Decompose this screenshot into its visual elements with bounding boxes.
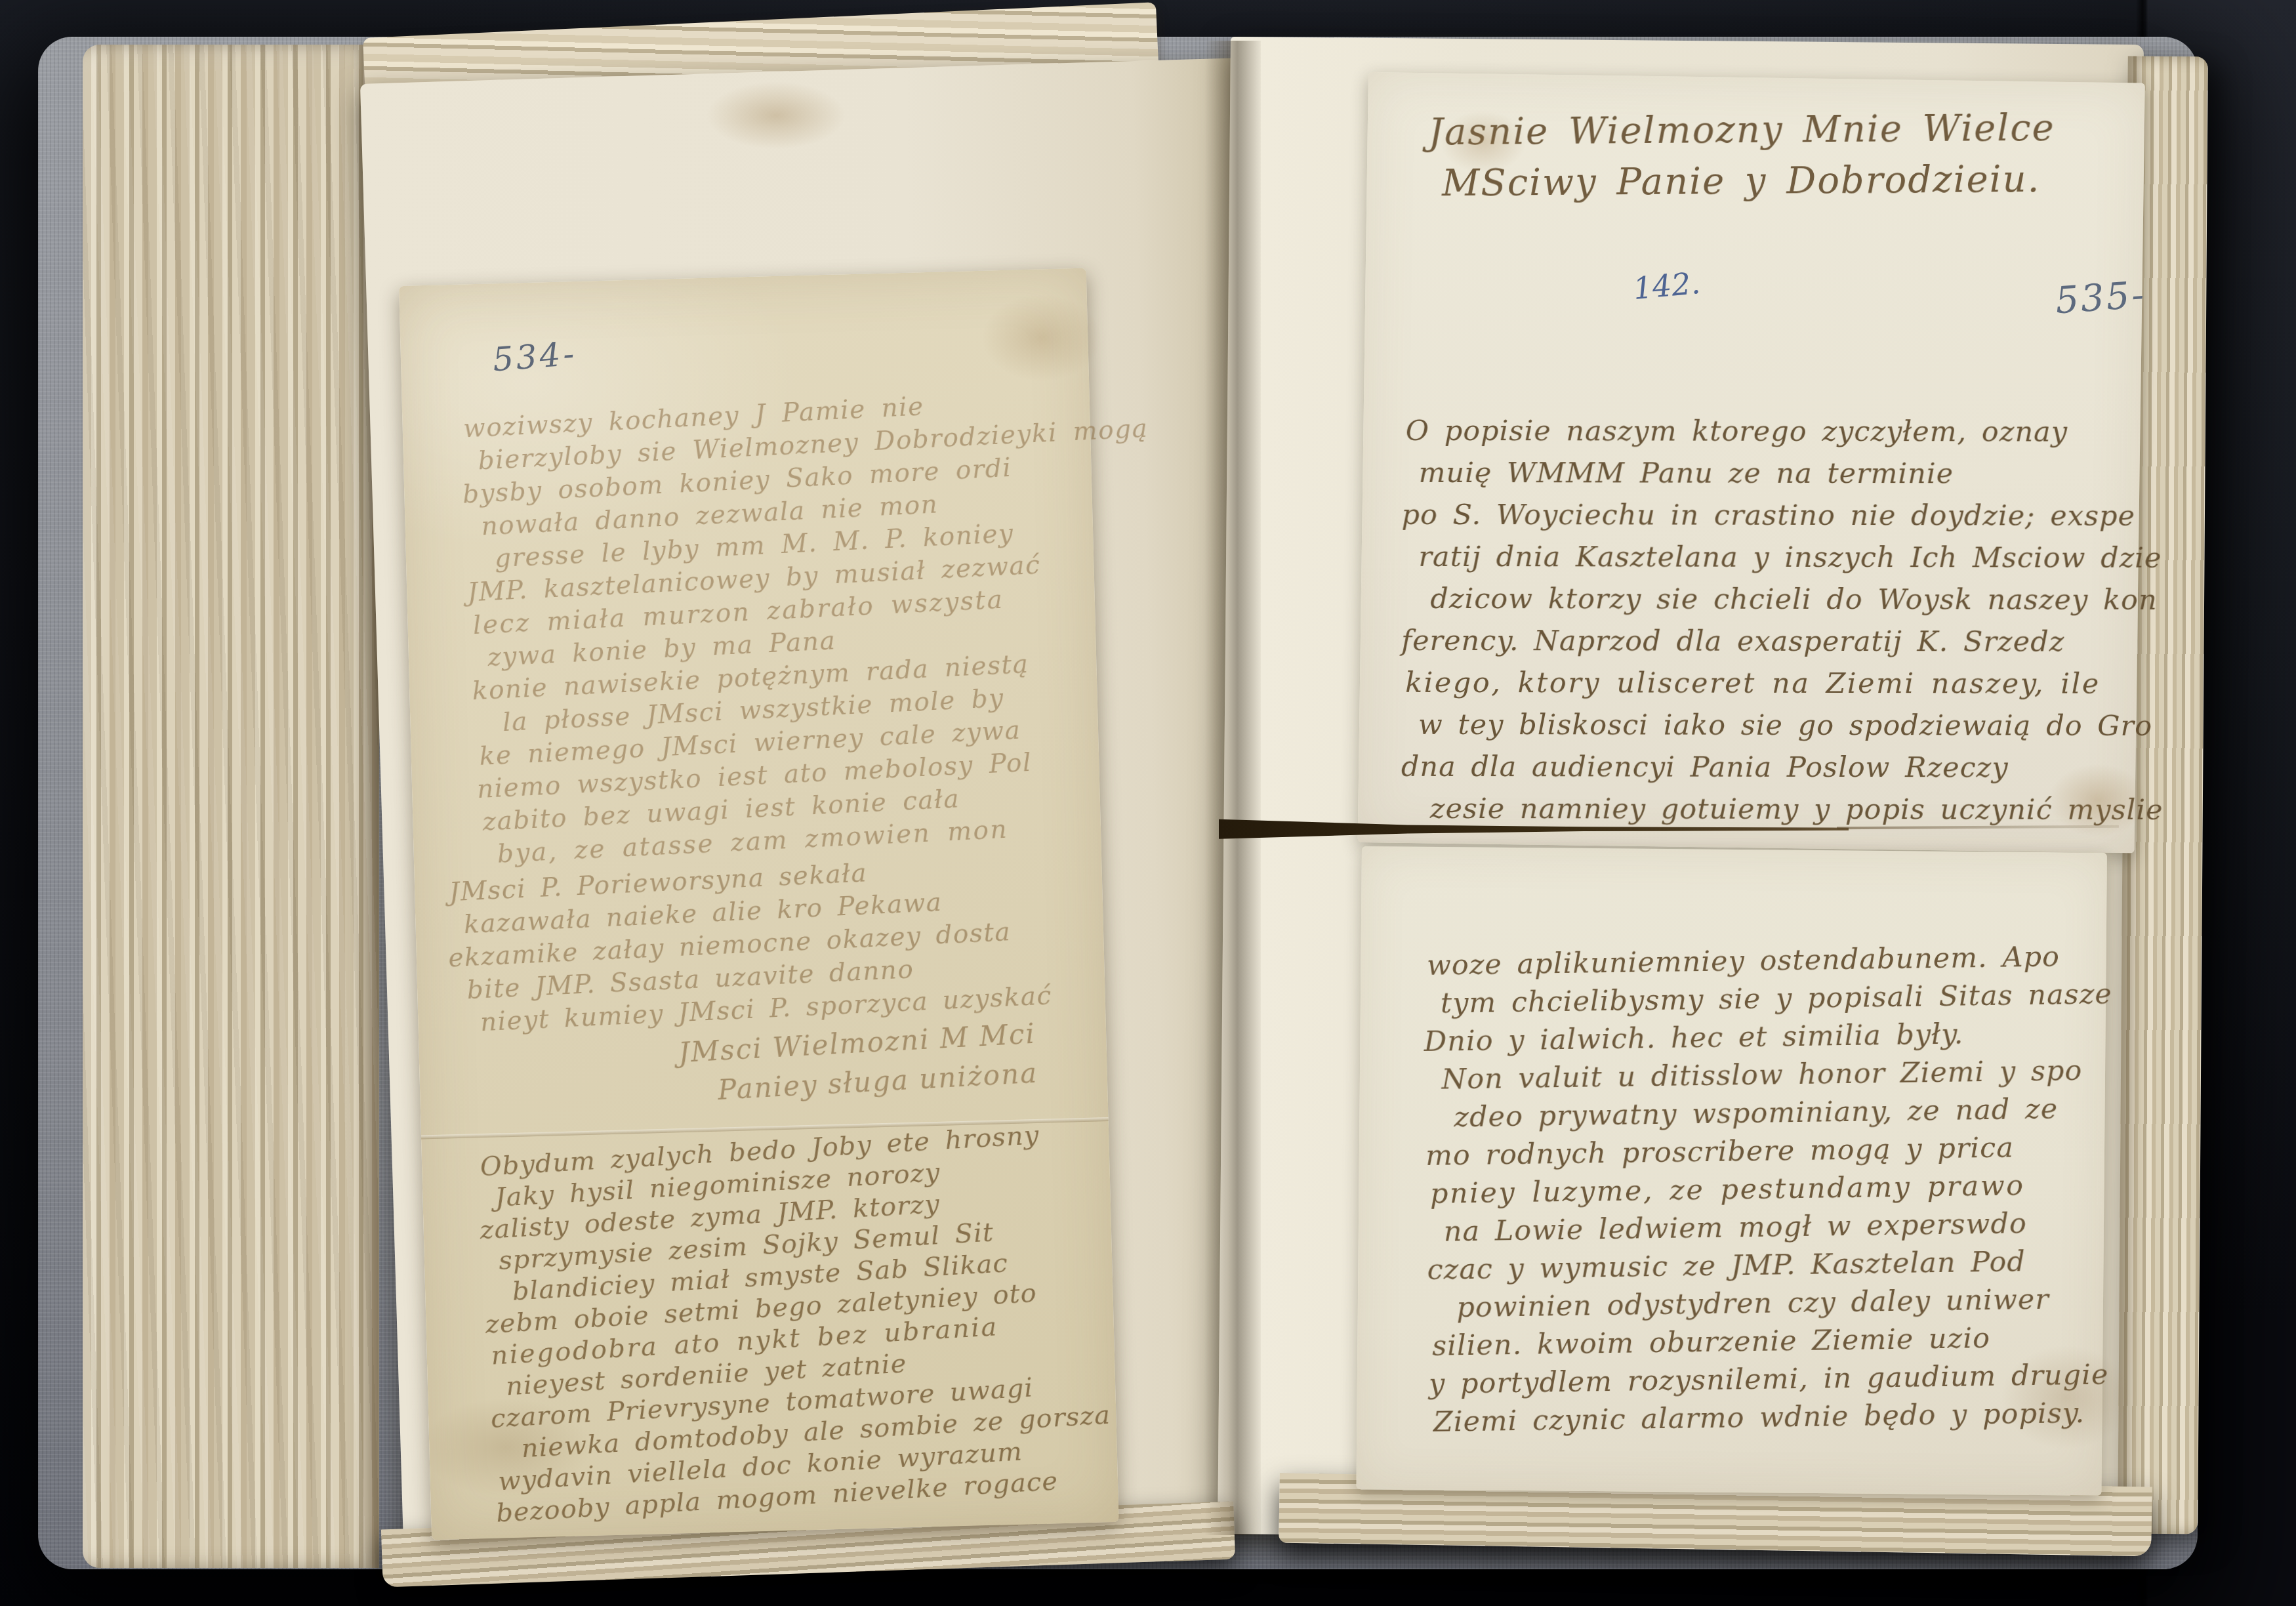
document-537-body: woze aplikuniemniey ostendabunem. Apotym… bbox=[1427, 937, 2089, 1441]
archive-number-142: 142. bbox=[1631, 265, 1702, 306]
handwritten-line: w tey bliskosci iako sie go spodziewaią … bbox=[1418, 704, 2120, 747]
photograph-of-manuscript-volume: 534- woziwszy kochaney J Pamie niebierzy… bbox=[0, 0, 2296, 1606]
pasted-document-537: woze aplikuniemniey ostendabunem. Apotym… bbox=[1356, 846, 2107, 1496]
handwritten-line: Jasnie Wielmozny Mnie Wielce bbox=[1428, 102, 2111, 158]
handwritten-line: ferency. Naprzod dla exasperatij K. Srze… bbox=[1401, 620, 2120, 663]
handwritten-line: dna dla audiencyi Pania Poslow Rzeczy bbox=[1401, 746, 2120, 789]
handwritten-line: kiego, ktory ulisceret na Ziemi naszey, … bbox=[1405, 662, 2120, 705]
letter-534-closing-block: JMsci P. Porieworsyna sekałakazawała nai… bbox=[449, 848, 1059, 1040]
handwritten-line: ratij dnia Kasztelana y inszych Ich Msci… bbox=[1418, 536, 2120, 579]
handwritten-line: O popisie naszym ktorego zyczyłem, oznay bbox=[1406, 410, 2121, 453]
pasted-document-535: Jasnie Wielmozny Mnie WielceMSciwy Panie… bbox=[1358, 72, 2145, 853]
pasted-letter-534: 534- woziwszy kochaney J Pamie niebierzy… bbox=[399, 268, 1119, 1540]
left-page-edges-stack bbox=[83, 45, 379, 1568]
page-number-535: 535- bbox=[2054, 274, 2147, 323]
handwritten-line: dzicow ktorzy sie chcieli do Woysk nasze… bbox=[1430, 578, 2120, 621]
book-gutter-shadow bbox=[1204, 41, 1261, 1535]
letter-534-body-block-1: woziwszy kochaney J Pamie niebierzyloby … bbox=[462, 384, 1075, 872]
document-535-body: O popisie naszym ktorego zyczyłem, oznay… bbox=[1405, 410, 2121, 831]
handwritten-line: zesie namniey gotuiemy y popis uczynić m… bbox=[1430, 788, 2120, 831]
document-535-salutation: Jasnie Wielmozny Mnie WielceMSciwy Panie… bbox=[1428, 102, 2111, 209]
page-number-534: 534- bbox=[491, 335, 578, 379]
handwritten-line: po S. Woyciechu in crastino nie doydzie;… bbox=[1401, 494, 2120, 537]
handwritten-line: MSciwy Panie y Dobrodzieiu. bbox=[1442, 154, 2112, 209]
letter-534-body-block-2: Obydum zyalych bedo Joby ete hrosnyJaky … bbox=[480, 1117, 1111, 1529]
handwritten-line: muię WMMM Panu ze na terminie bbox=[1419, 452, 2121, 495]
